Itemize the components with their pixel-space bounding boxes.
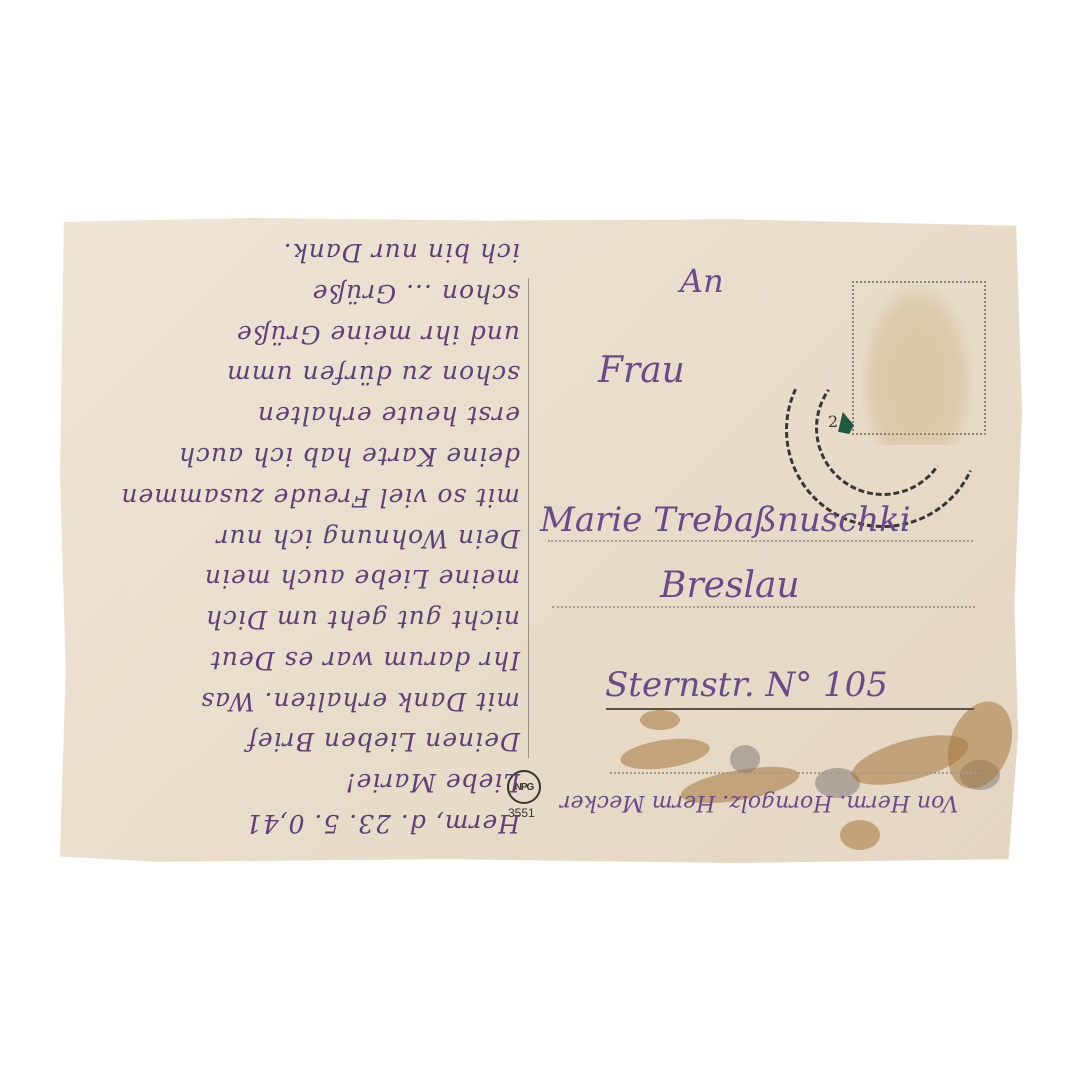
- address-line-4: Breslau: [660, 565, 800, 606]
- message-line: schon ... Grüße: [70, 279, 520, 308]
- message-line: erst heute erhalten: [70, 401, 520, 430]
- address-rule-4: [610, 772, 980, 774]
- message-line: ich bin nur Dank.: [70, 238, 520, 267]
- center-divider: [528, 278, 529, 758]
- message-line: Ihr darum war es Deut: [70, 646, 520, 675]
- postmark-text: 2: [828, 412, 838, 431]
- address-rule-3: [606, 708, 974, 710]
- address-line-5: Sternstr. N° 105: [605, 665, 888, 705]
- address-line-2: Frau: [598, 350, 685, 391]
- message-line: Dein Wohnung ich nur: [70, 524, 520, 553]
- message-line: mit Dank erhalten. Was: [70, 687, 520, 716]
- address-line-3: Marie Trebaßnuschki: [540, 500, 911, 540]
- address-rule-1: [548, 540, 973, 542]
- message-line: meine Liebe auch mein: [70, 564, 520, 593]
- message-line: Deinen Lieben Brief: [70, 727, 520, 756]
- message-line: und ihr meine Grüße: [70, 320, 520, 349]
- handwritten-message: Herm, d. 23. 5. 0,41 Liebe Marie! Deinen…: [70, 238, 520, 838]
- message-line: mit so viel Freude zusammen: [70, 483, 520, 512]
- message-line: schon zu dürfen umm: [70, 360, 520, 389]
- message-line: deine Karte hab ich auch: [70, 442, 520, 471]
- sender-line: Von Herm. Horngolz. Herm Mecker: [560, 790, 958, 815]
- address-rule-2: [552, 606, 975, 608]
- address-line-1: An: [680, 262, 724, 300]
- message-line: Liebe Marie!: [70, 768, 520, 797]
- message-line: nicht gut geht um Dich: [70, 605, 520, 634]
- message-line: Herm, d. 23. 5. 0,41: [70, 809, 520, 838]
